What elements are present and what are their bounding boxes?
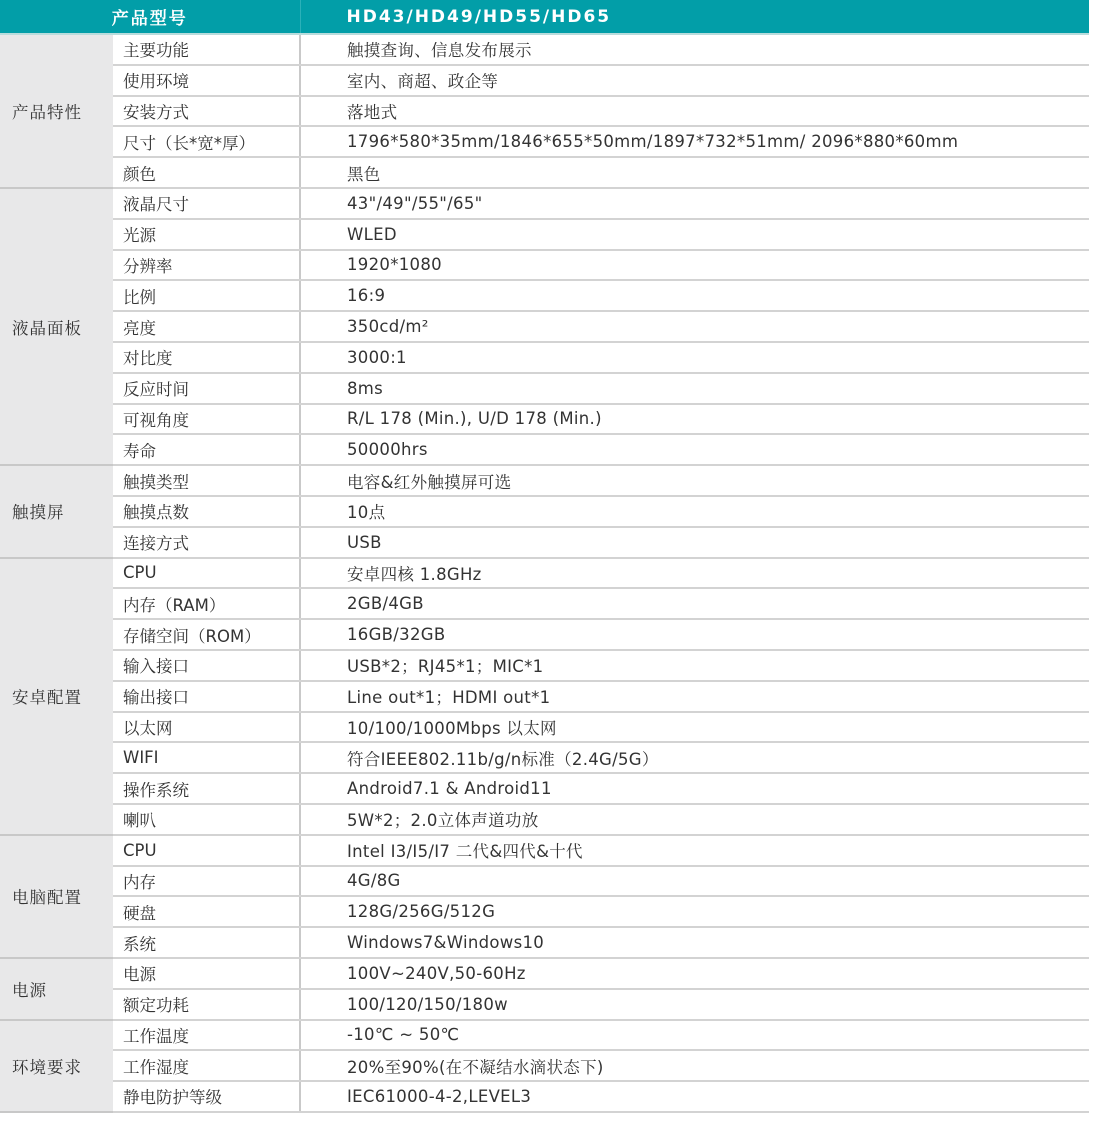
spec-key: 连接方式 [113, 527, 300, 558]
spec-key: 主要功能 [113, 34, 300, 65]
spec-value: 1920*1080 [300, 250, 1089, 281]
spec-value: 符合IEEE802.11b/g/n标准（2.4G/5G） [300, 742, 1089, 773]
spec-value: 50000hrs [300, 434, 1089, 465]
spec-value: 4G/8G [300, 866, 1089, 897]
spec-value: Android7.1 & Android11 [300, 773, 1089, 804]
spec-value: 100V~240V,50-60Hz [300, 958, 1089, 989]
spec-row: 安装方式落地式 [0, 96, 1089, 127]
spec-value: WLED [300, 219, 1089, 250]
spec-row: 输出接口Line out*1；HDMI out*1 [0, 681, 1089, 712]
spec-row: 工作湿度20%至90%(在不凝结水滴状态下) [0, 1050, 1089, 1081]
spec-value: 8ms [300, 373, 1089, 404]
spec-key: 喇叭 [113, 804, 300, 835]
spec-row: 反应时间8ms [0, 373, 1089, 404]
spec-value: 3000:1 [300, 342, 1089, 373]
spec-value: 落地式 [300, 96, 1089, 127]
spec-table-body: 产品特性主要功能触摸查询、信息发布展示使用环境室内、商超、政企等安装方式落地式尺… [0, 34, 1089, 1112]
spec-value: 2GB/4GB [300, 588, 1089, 619]
spec-key: 静电防护等级 [113, 1081, 300, 1112]
spec-key: 内存（RAM） [113, 588, 300, 619]
spec-key: 对比度 [113, 342, 300, 373]
spec-row: WIFI符合IEEE802.11b/g/n标准（2.4G/5G） [0, 742, 1089, 773]
spec-value: 室内、商超、政企等 [300, 65, 1089, 96]
spec-key: 可视角度 [113, 404, 300, 435]
spec-value: 1796*580*35mm/1846*655*50mm/1897*732*51m… [300, 126, 1089, 157]
spec-value: 安卓四核 1.8GHz [300, 558, 1089, 589]
spec-key: 亮度 [113, 311, 300, 342]
spec-key: 寿命 [113, 434, 300, 465]
spec-key: WIFI [113, 742, 300, 773]
spec-key: 分辨率 [113, 250, 300, 281]
spec-row: 系统Windows7&Windows10 [0, 927, 1089, 958]
spec-key: 比例 [113, 280, 300, 311]
spec-key: 光源 [113, 219, 300, 250]
spec-value: USB*2；RJ45*1；MIC*1 [300, 650, 1089, 681]
group-label: 电脑配置 [0, 835, 113, 958]
spec-row: 内存4G/8G [0, 866, 1089, 897]
spec-row: 存储空间（ROM）16GB/32GB [0, 619, 1089, 650]
spec-value: 20%至90%(在不凝结水滴状态下) [300, 1050, 1089, 1081]
spec-value: USB [300, 527, 1089, 558]
spec-key: 液晶尺寸 [113, 188, 300, 219]
spec-key: 输出接口 [113, 681, 300, 712]
spec-row: 液晶面板液晶尺寸43"/49"/55"/65" [0, 188, 1089, 219]
spec-value: 黑色 [300, 157, 1089, 188]
spec-row: 电源电源100V~240V,50-60Hz [0, 958, 1089, 989]
spec-value: 5W*2；2.0立体声道功放 [300, 804, 1089, 835]
spec-key: CPU [113, 835, 300, 866]
spec-row: 以太网10/100/1000Mbps 以太网 [0, 712, 1089, 743]
group-label: 环境要求 [0, 1020, 113, 1112]
spec-row: 操作系统Android7.1 & Android11 [0, 773, 1089, 804]
spec-row: 环境要求工作温度-10℃ ~ 50℃ [0, 1020, 1089, 1051]
spec-key: 触摸类型 [113, 465, 300, 496]
spec-key: 输入接口 [113, 650, 300, 681]
spec-row: 尺寸（长*宽*厚）1796*580*35mm/1846*655*50mm/189… [0, 126, 1089, 157]
spec-value: 10/100/1000Mbps 以太网 [300, 712, 1089, 743]
spec-key: CPU [113, 558, 300, 589]
spec-row: 输入接口USB*2；RJ45*1；MIC*1 [0, 650, 1089, 681]
spec-row: 连接方式USB [0, 527, 1089, 558]
group-label: 电源 [0, 958, 113, 1020]
spec-value: IEC61000-4-2,LEVEL3 [300, 1081, 1089, 1112]
group-label: 产品特性 [0, 34, 113, 188]
spec-value: Intel I3/I5/I7 二代&四代&十代 [300, 835, 1089, 866]
spec-key: 硬盘 [113, 896, 300, 927]
spec-value: R/L 178 (Min.), U/D 178 (Min.) [300, 404, 1089, 435]
spec-row: 触摸点数10点 [0, 496, 1089, 527]
spec-row: 喇叭5W*2；2.0立体声道功放 [0, 804, 1089, 835]
spec-key: 内存 [113, 866, 300, 897]
spec-row: 亮度350cd/m² [0, 311, 1089, 342]
spec-value: Line out*1；HDMI out*1 [300, 681, 1089, 712]
spec-key: 以太网 [113, 712, 300, 743]
spec-row: 颜色黑色 [0, 157, 1089, 188]
spec-value: 触摸查询、信息发布展示 [300, 34, 1089, 65]
group-label: 液晶面板 [0, 188, 113, 465]
spec-row: 静电防护等级IEC61000-4-2,LEVEL3 [0, 1081, 1089, 1112]
spec-value: 128G/256G/512G [300, 896, 1089, 927]
spec-table-header: 产品型号 HD43/HD49/HD55/HD65 [0, 0, 1089, 34]
spec-row: 内存（RAM）2GB/4GB [0, 588, 1089, 619]
group-label: 安卓配置 [0, 558, 113, 835]
spec-row: 安卓配置CPU安卓四核 1.8GHz [0, 558, 1089, 589]
spec-value: 10点 [300, 496, 1089, 527]
spec-row: 触摸屏触摸类型电容&红外触摸屏可选 [0, 465, 1089, 496]
model-label: 产品型号 [0, 0, 300, 34]
spec-value: Windows7&Windows10 [300, 927, 1089, 958]
spec-row: 比例16:9 [0, 280, 1089, 311]
spec-value: 16:9 [300, 280, 1089, 311]
spec-key: 操作系统 [113, 773, 300, 804]
spec-key: 触摸点数 [113, 496, 300, 527]
spec-key: 额定功耗 [113, 989, 300, 1020]
spec-value: -10℃ ~ 50℃ [300, 1020, 1089, 1051]
spec-key: 反应时间 [113, 373, 300, 404]
spec-key: 尺寸（长*宽*厚） [113, 126, 300, 157]
spec-value: 电容&红外触摸屏可选 [300, 465, 1089, 496]
spec-key: 安装方式 [113, 96, 300, 127]
spec-key: 颜色 [113, 157, 300, 188]
spec-key: 工作温度 [113, 1020, 300, 1051]
spec-row: 产品特性主要功能触摸查询、信息发布展示 [0, 34, 1089, 65]
model-value: HD43/HD49/HD55/HD65 [300, 0, 1089, 34]
spec-row: 光源WLED [0, 219, 1089, 250]
spec-row: 分辨率1920*1080 [0, 250, 1089, 281]
spec-value: 100/120/150/180w [300, 989, 1089, 1020]
spec-value: 43"/49"/55"/65" [300, 188, 1089, 219]
spec-row: 硬盘128G/256G/512G [0, 896, 1089, 927]
spec-row: 额定功耗100/120/150/180w [0, 989, 1089, 1020]
spec-row: 电脑配置CPUIntel I3/I5/I7 二代&四代&十代 [0, 835, 1089, 866]
spec-row: 可视角度R/L 178 (Min.), U/D 178 (Min.) [0, 404, 1089, 435]
spec-key: 使用环境 [113, 65, 300, 96]
spec-row: 使用环境室内、商超、政企等 [0, 65, 1089, 96]
spec-value: 16GB/32GB [300, 619, 1089, 650]
spec-key: 存储空间（ROM） [113, 619, 300, 650]
group-label: 触摸屏 [0, 465, 113, 557]
spec-row: 寿命50000hrs [0, 434, 1089, 465]
spec-row: 对比度3000:1 [0, 342, 1089, 373]
spec-key: 系统 [113, 927, 300, 958]
spec-value: 350cd/m² [300, 311, 1089, 342]
spec-table: 产品型号 HD43/HD49/HD55/HD65 产品特性主要功能触摸查询、信息… [0, 0, 1089, 1113]
spec-key: 工作湿度 [113, 1050, 300, 1081]
spec-key: 电源 [113, 958, 300, 989]
